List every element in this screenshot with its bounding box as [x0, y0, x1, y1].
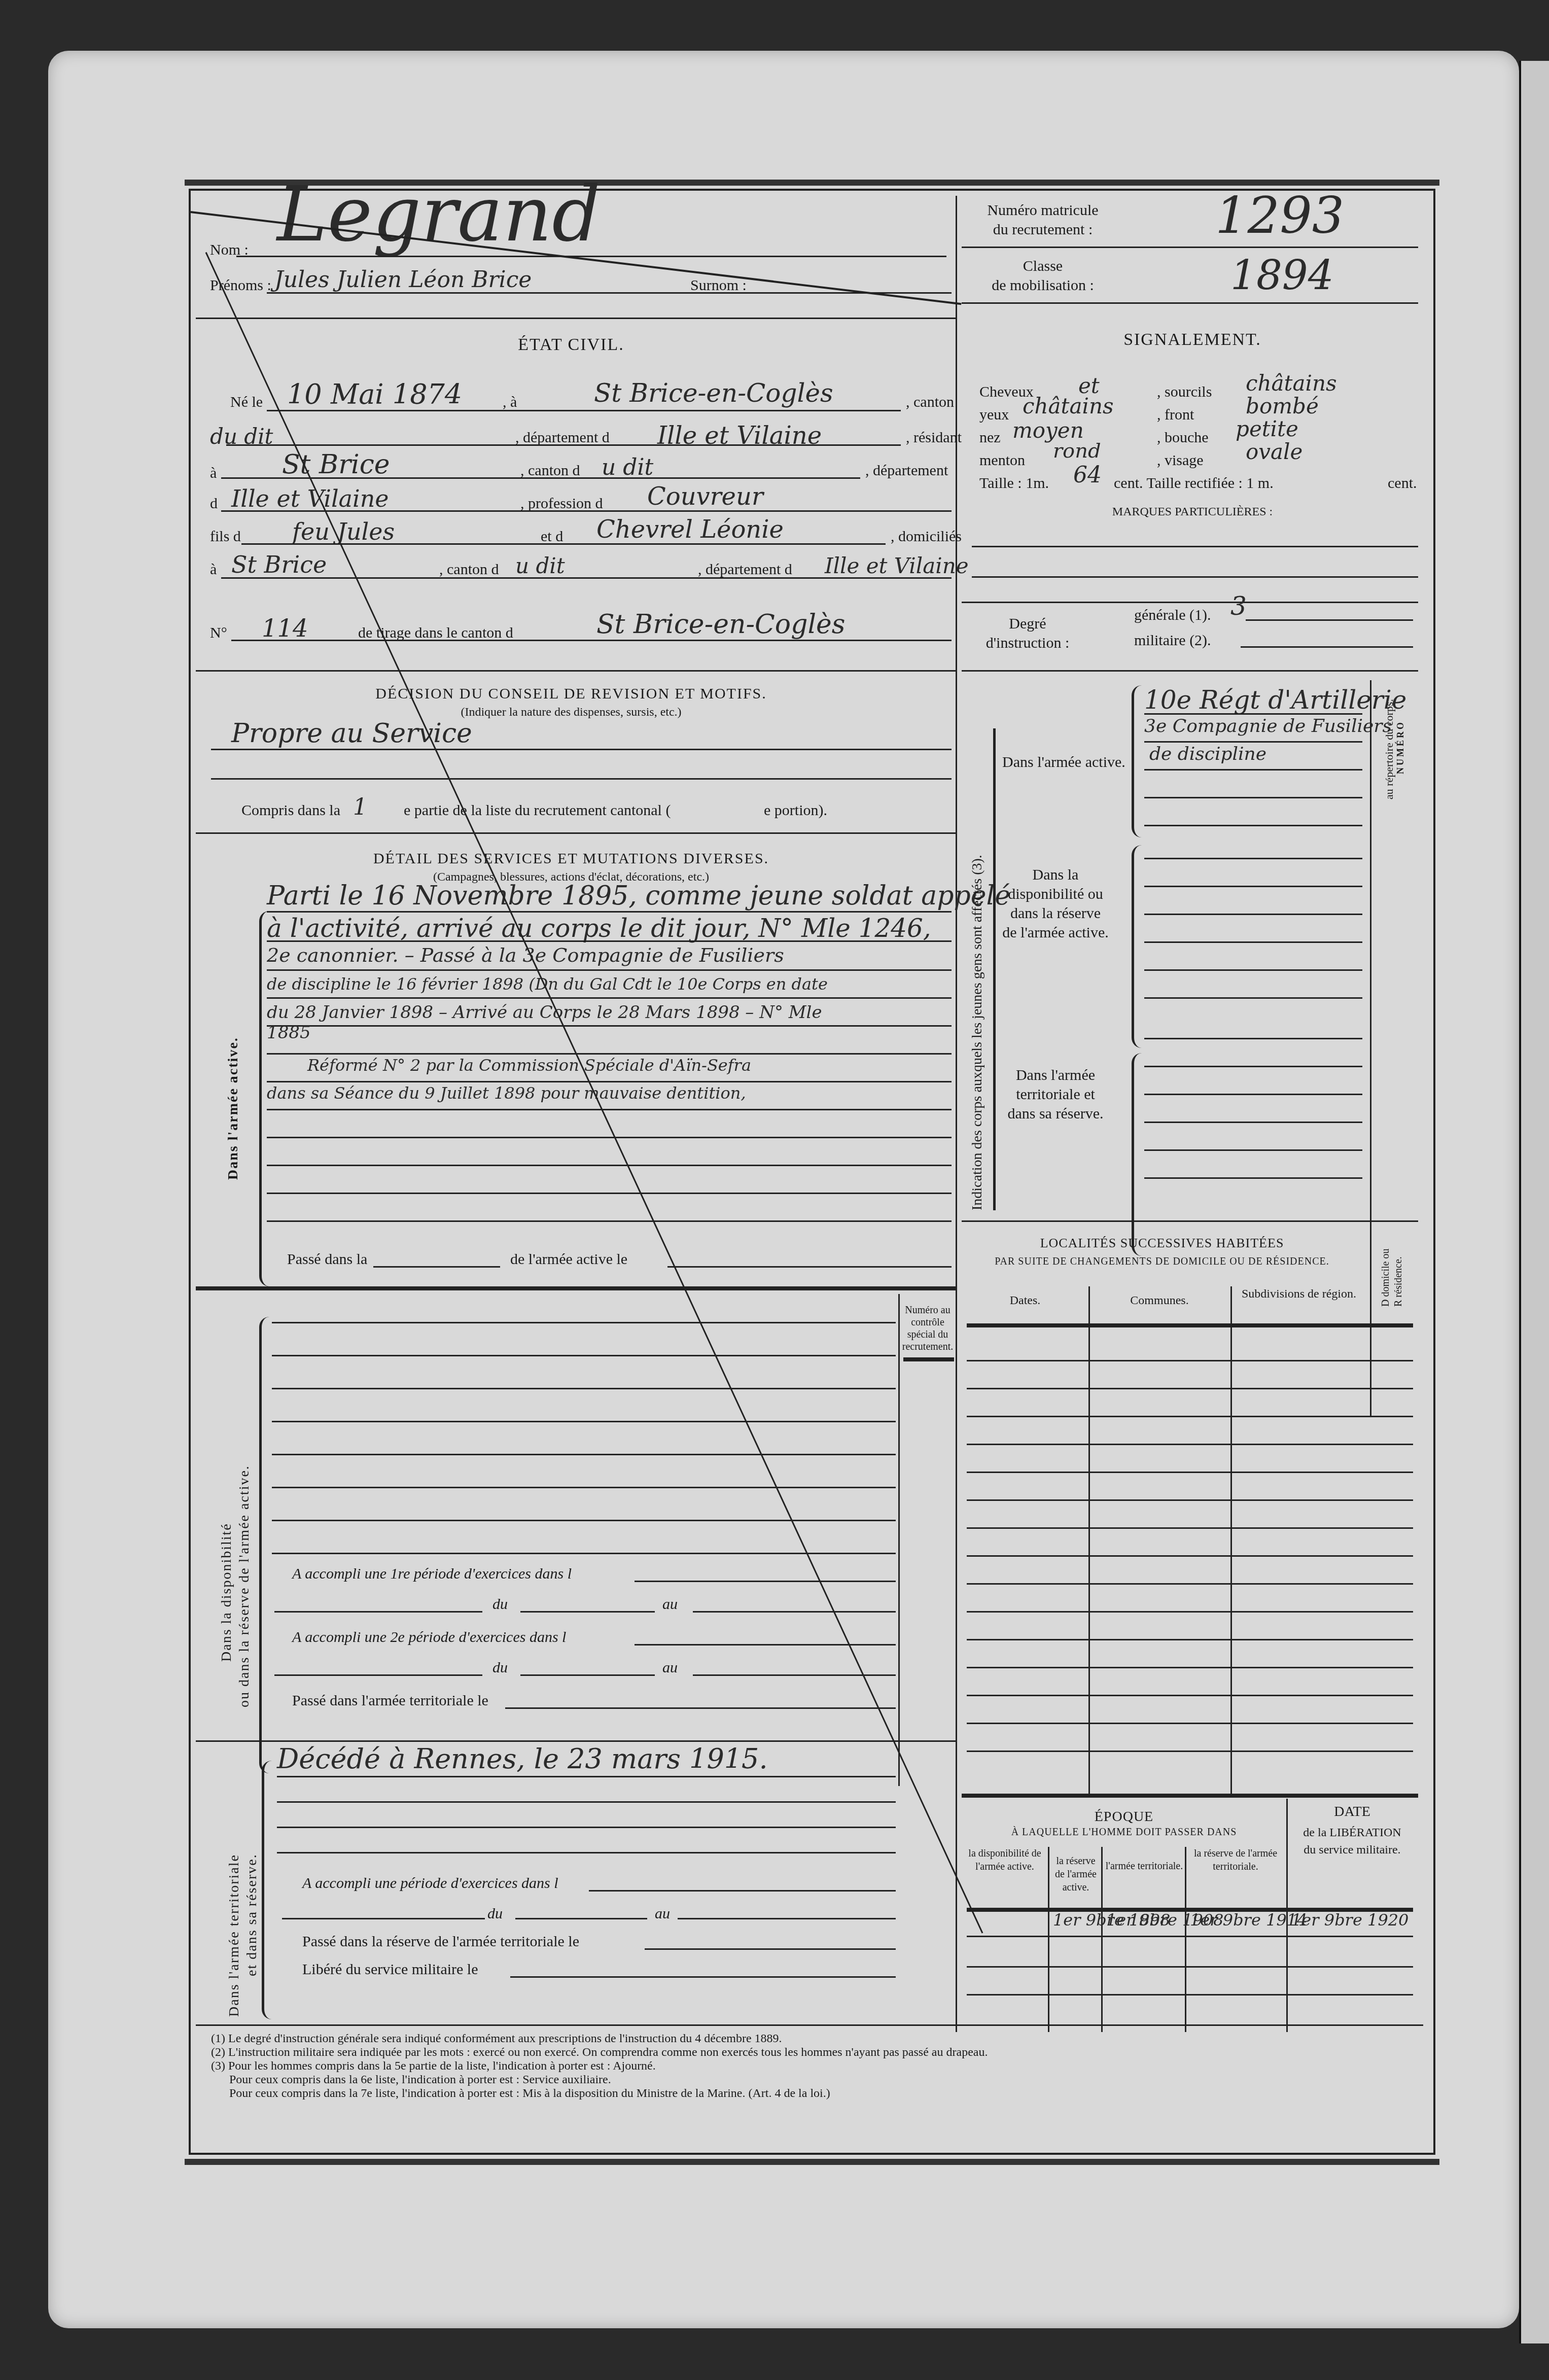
service-line: dans sa Séance du 9 Juillet 1898 pour ma…: [267, 1083, 746, 1103]
marques-label: MARQUES PARTICULIÈRES :: [957, 505, 1428, 519]
d-label: d: [210, 495, 218, 512]
localites-subtitle: PAR SUITE DE CHANGEMENTS DE DOMICILE OU …: [962, 1256, 1362, 1268]
corps-side-label: Indication des corps auxquels les jeunes…: [969, 855, 985, 1210]
portion-suffix: e portion).: [764, 802, 827, 819]
passe-suffix: de l'armée active le: [510, 1251, 627, 1268]
visage-label: , visage: [1157, 452, 1204, 469]
profession-label: , profession d: [520, 495, 603, 512]
service-line: du 28 Janvier 1898 – Arrivé au Corps le …: [267, 1002, 822, 1023]
corps-active-line: de discipline: [1149, 744, 1266, 764]
passe-terr-label: Passé dans l'armée territoriale le: [292, 1692, 488, 1709]
matricule-form: Legrand Nom : Prénoms : Jules Julien Léo…: [189, 189, 1435, 2155]
mother-value: Chevrel Léonie: [596, 515, 784, 544]
corps-active-line: 3e Compagnie de Fusiliers: [1144, 716, 1392, 737]
matricule-label: Numéro matriculedu recrutement :: [967, 201, 1119, 239]
surnom-label: Surnom :: [690, 277, 747, 294]
du-label: du: [487, 1905, 503, 1922]
dispo-side-label: Dans la disponibilité: [219, 1523, 235, 1662]
ne-le-label: Né le: [230, 394, 263, 411]
matricule-value: 1293: [1215, 186, 1345, 245]
localites-col-communes: Communes.: [1088, 1294, 1230, 1308]
tirage-canton-value: St Brice-en-Coglès: [596, 609, 846, 640]
service-line: Parti le 16 Novembre 1895, comme jeune s…: [267, 881, 1010, 911]
au-label: au: [662, 1596, 678, 1613]
canton3-label: , canton d: [439, 561, 499, 578]
service-line: 1885: [267, 1023, 311, 1043]
date-liberation-sub: de la LIBÉRATION du service militaire.: [1296, 1824, 1408, 1859]
menton-label: menton: [979, 452, 1025, 469]
passe-reserve-label: Passé dans la réserve de l'armée territo…: [302, 1933, 579, 1950]
et-de-label: et d: [541, 528, 563, 545]
residant-label: , résidant: [906, 429, 962, 446]
epoque-col-territoriale: l'armée territoriale.: [1104, 1860, 1185, 1873]
domicile-value: St Brice: [231, 551, 327, 578]
dispo-side-label: ou dans la réserve de l'armée active.: [236, 1465, 253, 1707]
services-title: DÉTAIL DES SERVICES ET MUTATIONS DIVERSE…: [191, 850, 952, 867]
nez-label: nez: [979, 429, 1001, 446]
birth-place-value: St Brice-en-Coglès: [594, 378, 833, 408]
epoque-title: ÉPOQUE: [962, 1809, 1286, 1825]
tirage-no-value: 114: [262, 614, 308, 643]
terr-side-label: Dans l'armée territoriale: [226, 1854, 242, 2017]
canton2-label: , canton d: [520, 462, 580, 479]
corps-active-label: Dans l'armée active.: [1002, 754, 1109, 771]
compris-value: 1: [353, 794, 367, 820]
footnote: Pour ceux compris dans la 7e liste, l'in…: [211, 2087, 988, 2101]
libere-label: Libéré du service militaire le: [302, 1961, 478, 1978]
cent-label: cent.: [1388, 475, 1417, 492]
compris-label: Compris dans la: [241, 802, 340, 819]
instruction-militaire-label: militaire (2).: [1134, 632, 1211, 649]
birth-date-value: 10 Mai 1874: [287, 378, 462, 410]
profession-value: Couvreur: [647, 482, 763, 511]
instruction-generale-label: générale (1).: [1134, 607, 1211, 624]
epoque-value-reserve-territoriale: 1er 9bre 1914: [1190, 1910, 1307, 1930]
decision-subtitle: (Indiquer la nature des dispenses, sursi…: [191, 706, 952, 719]
du-label: du: [492, 1596, 508, 1613]
nom-value: Legrand: [277, 170, 601, 259]
periode2-label: A accompli une 2e période d'exercices da…: [292, 1629, 566, 1646]
footnotes: (1) Le degré d'instruction générale sera…: [211, 2032, 988, 2101]
deces-value: Décédé à Rennes, le 23 mars 1915.: [277, 1743, 768, 1775]
prenoms-value: Jules Julien Léon Brice: [274, 267, 532, 293]
footnote: (1) Le degré d'instruction générale sera…: [211, 2032, 988, 2046]
visage-value: ovale: [1246, 439, 1302, 464]
corps-active-line: 10e Régt d'Artillerie: [1144, 685, 1406, 715]
departement4-value: Ille et Vilaine: [825, 553, 969, 578]
localites-side-col: D domicile ou: [1380, 1249, 1392, 1307]
numero-controle-label: Numéro au contrôle spécial du recrutemen…: [900, 1304, 956, 1353]
etat-civil-title: ÉTAT CIVIL.: [191, 335, 952, 355]
au-label: au: [655, 1905, 670, 1922]
canton-label: , canton: [906, 394, 954, 411]
bouche-value: petite: [1236, 416, 1298, 441]
epoque-col-disponibilite: la disponibilité de l'armée active.: [964, 1847, 1045, 1873]
departement2-label: , département: [865, 462, 948, 479]
service-line: 2e canonnier. – Passé à la 3e Compagnie …: [267, 944, 784, 966]
yeux-value: châtains: [1023, 394, 1114, 418]
bouche-label: , bouche: [1157, 429, 1209, 446]
departement3-value: Ille et Vilaine: [231, 485, 389, 512]
canton2-value: u dit: [602, 454, 653, 480]
canton3-value: u dit: [515, 553, 565, 578]
date-liberation-value: 1er 9bre 1920: [1291, 1910, 1409, 1930]
localites-col-subdivisions: Subdivisions de région.: [1230, 1286, 1367, 1302]
date-liberation-title: DATE: [1286, 1804, 1418, 1820]
departement-label: , département d: [515, 429, 610, 446]
classe-label: Classede mobilisation :: [967, 257, 1119, 295]
classe-value: 1894: [1230, 252, 1334, 299]
signalement-title: SIGNALEMENT.: [957, 330, 1428, 349]
instruction-generale-value: 3: [1230, 591, 1247, 621]
decision-value: Propre au Service: [231, 718, 472, 749]
localites-col-dates: Dates.: [962, 1294, 1088, 1308]
decision-title: DÉCISION DU CONSEIL DE REVISION ET MOTIF…: [191, 685, 952, 703]
service-line: à l'activité, arrivé au corps le dit jou…: [267, 914, 931, 943]
a2-label: à: [210, 465, 217, 482]
footnote: Pour ceux compris dans la 6e liste, l'in…: [211, 2073, 988, 2087]
taille-suffix: cent. Taille rectifiée : 1 m.: [1114, 475, 1274, 492]
taille-value: 64: [1073, 462, 1102, 488]
departement4-label: , département d: [698, 561, 792, 578]
facing-page-edge: [1519, 61, 1549, 2343]
localites-side-col: R résidence.: [1393, 1256, 1404, 1307]
tirage-no-label: N°: [210, 624, 227, 642]
a3-label: à: [210, 561, 217, 578]
corps-dispo-label: Dans la disponibilité ou dans la réserve…: [1002, 865, 1109, 942]
footnote: (3) Pour les hommes compris dans la 5e p…: [211, 2059, 988, 2073]
fils-de-label: fils d: [210, 528, 241, 545]
epoque-subtitle: À LAQUELLE L'HOMME DOIT PASSER DANS: [962, 1827, 1286, 1838]
numero-label: NUMÉRO: [1395, 720, 1406, 774]
epoque-col-reserve-territoriale: la réserve de l'armée territoriale.: [1187, 1847, 1284, 1873]
du-label: du: [492, 1659, 508, 1676]
footnote: (2) L'instruction militaire sera indiqué…: [211, 2046, 988, 2059]
front-label: , front: [1157, 406, 1194, 424]
terr-side-label: et dans sa réserve.: [244, 1853, 260, 1976]
epoque-col-reserve-active: la réserve de l'armée active.: [1050, 1854, 1101, 1894]
service-line: Réformé N° 2 par la Commission Spéciale …: [307, 1056, 751, 1075]
terr-periode-label: A accompli une période d'exercices dans …: [302, 1875, 558, 1892]
sourcils-value: châtains: [1246, 371, 1337, 396]
localites-title: LOCALITÉS SUCCESSIVES HABITÉES: [962, 1236, 1362, 1251]
compris-suffix: e partie de la liste du recrutement cant…: [404, 802, 671, 819]
a-label: , à: [503, 394, 517, 411]
father-value: feu Jules: [292, 518, 395, 545]
yeux-label: yeux: [979, 406, 1009, 424]
periode1-label: A accompli une 1re période d'exercices d…: [292, 1565, 572, 1583]
passe-label: Passé dans la: [287, 1251, 367, 1268]
domicilies-label: , domiciliés: [891, 528, 962, 545]
taille-label: Taille : 1m.: [979, 475, 1049, 492]
menton-value: rond: [1053, 439, 1101, 463]
front-value: bombé: [1246, 394, 1319, 418]
au-label: au: [662, 1659, 678, 1676]
services-side-label: Dans l'armée active.: [225, 1037, 241, 1180]
corps-terr-label: Dans l'armée territoriale et dans sa rés…: [1002, 1066, 1109, 1124]
instruction-label: Degréd'instruction :: [972, 614, 1083, 653]
sourcils-label: , sourcils: [1157, 383, 1212, 401]
